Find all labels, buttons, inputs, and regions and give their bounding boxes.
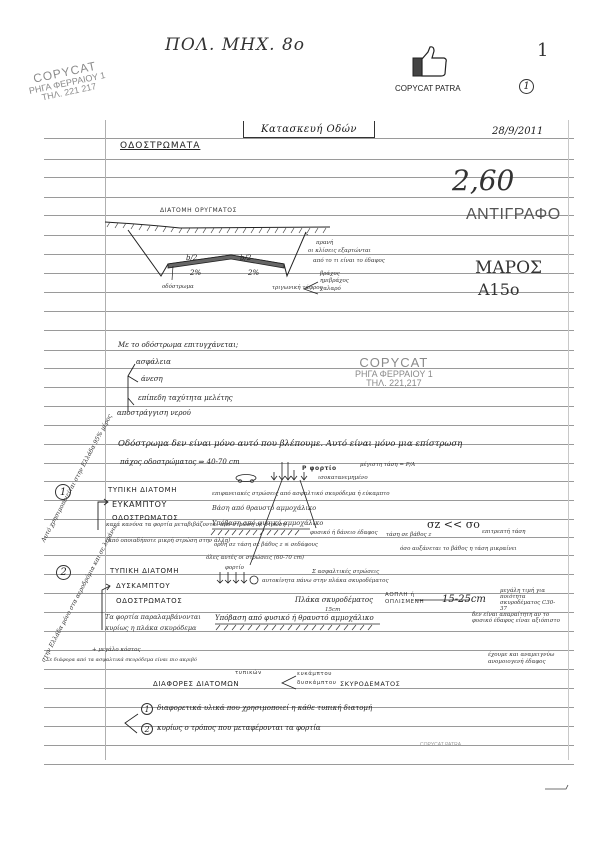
scanned-notebook-page: ΠΟΛ. ΜΗΧ. 8ο 1 1 COPYCAT ΡΗΓΑ ΦΕΡΡΑΙΟΥ 1… [0, 0, 595, 842]
page-corner [0, 0, 595, 842]
